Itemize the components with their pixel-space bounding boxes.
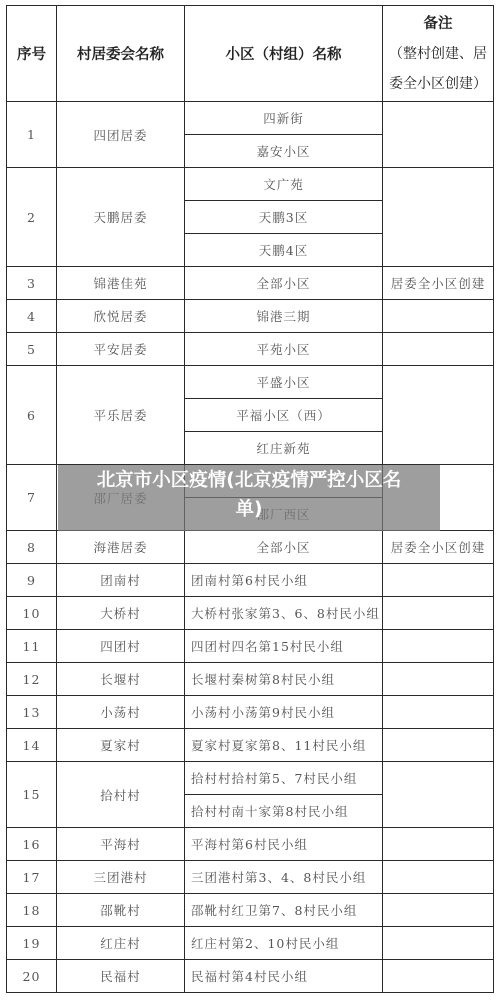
title-overlay: 北京市小区疫情(北京疫情严控小区名 单) bbox=[58, 466, 440, 524]
row-community: 平海村第6村民小组 bbox=[185, 828, 383, 861]
row-note bbox=[383, 300, 494, 333]
row-committee: 四团居委 bbox=[57, 102, 185, 168]
row-community: 三团港村第3、4、8村民小组 bbox=[185, 861, 383, 894]
header-note: 备注 （整村创建、居 委全小区创建） bbox=[383, 6, 494, 102]
table-row: 14夏家村夏家村夏家第8、11村民小组 bbox=[7, 729, 494, 762]
table-row: 4欣悦居委锦港三期 bbox=[7, 300, 494, 333]
row-community: 平福小区（西） bbox=[185, 399, 383, 432]
row-note bbox=[383, 333, 494, 366]
row-index: 6 bbox=[7, 366, 57, 465]
row-community: 四团村四名第15村民小组 bbox=[185, 630, 383, 663]
row-community: 四新街 bbox=[185, 102, 383, 135]
row-community: 长堰村秦树第8村民小组 bbox=[185, 663, 383, 696]
row-index: 13 bbox=[7, 696, 57, 729]
header-note-line2: 委全小区创建） bbox=[383, 69, 493, 99]
row-index: 16 bbox=[7, 828, 57, 861]
row-community: 全部小区 bbox=[185, 531, 383, 564]
row-committee: 长堰村 bbox=[57, 663, 185, 696]
table-row: 10大桥村大桥村张家第3、6、8村民小组 bbox=[7, 597, 494, 630]
header-community: 小区（村组）名称 bbox=[185, 6, 383, 102]
table-row: 1四团居委四新街 bbox=[7, 102, 494, 135]
row-note bbox=[383, 168, 494, 267]
row-community: 小荡村小荡第9村民小组 bbox=[185, 696, 383, 729]
row-community: 邵靴村红卫第7、8村民小组 bbox=[185, 894, 383, 927]
header-committee: 村居委会名称 bbox=[57, 6, 185, 102]
row-community: 夏家村夏家第8、11村民小组 bbox=[185, 729, 383, 762]
row-committee: 平安居委 bbox=[57, 333, 185, 366]
row-index: 11 bbox=[7, 630, 57, 663]
row-community: 拾村村拾村第5、7村民小组 bbox=[185, 762, 383, 795]
row-community: 嘉安小区 bbox=[185, 135, 383, 168]
row-community: 红庄新苑 bbox=[185, 432, 383, 465]
row-index: 9 bbox=[7, 564, 57, 597]
row-community: 平苑小区 bbox=[185, 333, 383, 366]
row-committee: 四团村 bbox=[57, 630, 185, 663]
row-community: 文广苑 bbox=[185, 168, 383, 201]
row-index: 8 bbox=[7, 531, 57, 564]
row-committee: 民福村 bbox=[57, 960, 185, 993]
title-overlay-line1: 北京市小区疫情(北京疫情严控小区名 bbox=[58, 466, 440, 495]
table-row: 9团南村团南村第6村民小组 bbox=[7, 564, 494, 597]
table-row: 2天鹏居委文广苑 bbox=[7, 168, 494, 201]
row-index: 3 bbox=[7, 267, 57, 300]
row-index: 15 bbox=[7, 762, 57, 828]
row-note bbox=[383, 564, 494, 597]
table-row: 13小荡村小荡村小荡第9村民小组 bbox=[7, 696, 494, 729]
table-row: 15拾村村拾村村拾村第5、7村民小组 bbox=[7, 762, 494, 795]
row-community: 拾村村南十家第8村民小组 bbox=[185, 795, 383, 828]
header-note-title: 备注 bbox=[383, 9, 493, 39]
row-index: 19 bbox=[7, 927, 57, 960]
row-index: 17 bbox=[7, 861, 57, 894]
row-index: 14 bbox=[7, 729, 57, 762]
row-note bbox=[383, 366, 494, 465]
row-index: 20 bbox=[7, 960, 57, 993]
row-community: 锦港三期 bbox=[185, 300, 383, 333]
row-committee: 平海村 bbox=[57, 828, 185, 861]
row-community: 红庄村第2、10村民小组 bbox=[185, 927, 383, 960]
row-note bbox=[383, 960, 494, 993]
header-index: 序号 bbox=[7, 6, 57, 102]
row-committee: 锦港佳苑 bbox=[57, 267, 185, 300]
row-index: 4 bbox=[7, 300, 57, 333]
row-note bbox=[383, 663, 494, 696]
row-committee: 海港居委 bbox=[57, 531, 185, 564]
row-committee: 欣悦居委 bbox=[57, 300, 185, 333]
table-row: 5平安居委平苑小区 bbox=[7, 333, 494, 366]
row-index: 2 bbox=[7, 168, 57, 267]
row-index: 18 bbox=[7, 894, 57, 927]
row-note bbox=[383, 894, 494, 927]
row-note bbox=[383, 597, 494, 630]
header-row: 序号 村居委会名称 小区（村组）名称 备注 （整村创建、居 委全小区创建） bbox=[7, 6, 494, 102]
table-row: 19红庄村红庄村第2、10村民小组 bbox=[7, 927, 494, 960]
row-note: 居委全小区创建 bbox=[383, 531, 494, 564]
row-note bbox=[383, 102, 494, 168]
header-note-line1: （整村创建、居 bbox=[383, 39, 493, 69]
table-row: 16平海村平海村第6村民小组 bbox=[7, 828, 494, 861]
row-community: 团南村第6村民小组 bbox=[185, 564, 383, 597]
row-note bbox=[383, 861, 494, 894]
table-row: 18邵靴村邵靴村红卫第7、8村民小组 bbox=[7, 894, 494, 927]
row-note bbox=[383, 696, 494, 729]
row-note bbox=[383, 630, 494, 663]
row-note bbox=[383, 828, 494, 861]
row-index: 5 bbox=[7, 333, 57, 366]
row-index: 12 bbox=[7, 663, 57, 696]
row-community: 天鹏3区 bbox=[185, 201, 383, 234]
table-row: 6平乐居委平盛小区 bbox=[7, 366, 494, 399]
table-row: 11四团村四团村四名第15村民小组 bbox=[7, 630, 494, 663]
row-committee: 天鹏居委 bbox=[57, 168, 185, 267]
row-note bbox=[383, 762, 494, 828]
row-index: 10 bbox=[7, 597, 57, 630]
row-committee: 邵靴村 bbox=[57, 894, 185, 927]
row-committee: 三团港村 bbox=[57, 861, 185, 894]
row-committee: 拾村村 bbox=[57, 762, 185, 828]
row-committee: 红庄村 bbox=[57, 927, 185, 960]
row-note bbox=[383, 729, 494, 762]
table-row: 20民福村民福村第4村民小组 bbox=[7, 960, 494, 993]
table-row: 17三团港村三团港村第3、4、8村民小组 bbox=[7, 861, 494, 894]
row-committee: 夏家村 bbox=[57, 729, 185, 762]
row-committee: 大桥村 bbox=[57, 597, 185, 630]
row-community: 大桥村张家第3、6、8村民小组 bbox=[185, 597, 383, 630]
row-community: 平盛小区 bbox=[185, 366, 383, 399]
row-committee: 平乐居委 bbox=[57, 366, 185, 465]
row-committee: 小荡村 bbox=[57, 696, 185, 729]
title-overlay-line2: 单) bbox=[58, 495, 440, 524]
row-committee: 团南村 bbox=[57, 564, 185, 597]
row-community: 全部小区 bbox=[185, 267, 383, 300]
row-community: 天鹏4区 bbox=[185, 234, 383, 267]
row-note: 居委全小区创建 bbox=[383, 267, 494, 300]
table-row: 8海港居委全部小区居委全小区创建 bbox=[7, 531, 494, 564]
row-index: 1 bbox=[7, 102, 57, 168]
row-community: 民福村第4村民小组 bbox=[185, 960, 383, 993]
table-row: 3锦港佳苑全部小区居委全小区创建 bbox=[7, 267, 494, 300]
row-index: 7 bbox=[7, 465, 57, 531]
row-note bbox=[383, 927, 494, 960]
table-row: 12长堰村长堰村秦树第8村民小组 bbox=[7, 663, 494, 696]
